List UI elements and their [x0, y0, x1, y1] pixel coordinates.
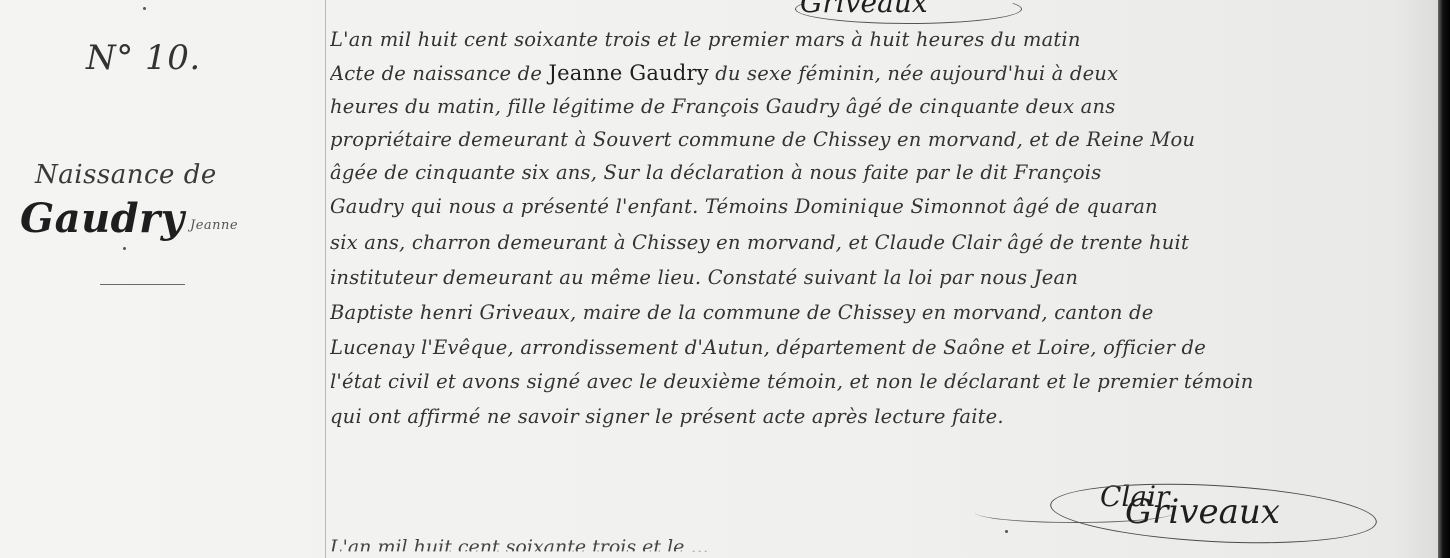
entry-given-name: Jeanne — [190, 218, 238, 233]
page-binding-edge — [1438, 0, 1450, 558]
record-line-1: L'an mil huit cent soixante trois et le … — [330, 28, 1435, 51]
record-line-3: heures du matin, fille légitime de Franç… — [330, 95, 1435, 118]
ink-speck — [143, 7, 146, 10]
record-line-6: Gaudry qui nous a présenté l'enfant. Tém… — [330, 195, 1435, 218]
record-line-12: qui ont affirmé ne savoir signer le prés… — [330, 405, 1435, 428]
margin-underline — [100, 284, 185, 285]
record-line-9: Baptiste henri Griveaux, maire de la com… — [330, 301, 1435, 324]
record-heading: Acte de naissance de — [330, 62, 542, 85]
previous-entry-signature: Griveaux — [800, 0, 928, 19]
entry-surname: Gaudry — [20, 195, 184, 242]
entry-number: N° 10. — [86, 38, 201, 78]
record-line-7: six ans, charron demeurant à Chissey en … — [330, 231, 1435, 254]
registry-page: N° 10. Naissance de Gaudry Jeanne Grivea… — [0, 0, 1438, 558]
child-name: Jeanne Gaudry — [549, 61, 709, 85]
record-line-2: Acte de naissance de Jeanne Gaudry du se… — [330, 61, 1435, 85]
record-line-11: l'état civil et avons signé avec le deux… — [330, 370, 1435, 393]
record-line-5: âgée de cinquante six ans, Sur la déclar… — [330, 161, 1435, 184]
ink-speck — [123, 247, 126, 250]
record-line-4: propriétaire demeurant à Souvert commune… — [330, 128, 1435, 151]
record-line-10: Lucenay l'Evêque, arrondissement d'Autun… — [330, 336, 1435, 359]
margin-rule — [325, 0, 326, 558]
next-entry-text: L'an mil huit cent soixante trois et le … — [330, 536, 709, 558]
record-line-8: instituteur demeurant au même lieu. Cons… — [330, 266, 1435, 289]
record-line-2-tail: du sexe féminin, née aujourd'hui à deux — [715, 62, 1118, 85]
entry-title: Naissance de — [35, 160, 217, 190]
ink-speck — [1005, 530, 1008, 533]
mayor-signature: Griveaux — [1125, 492, 1280, 532]
